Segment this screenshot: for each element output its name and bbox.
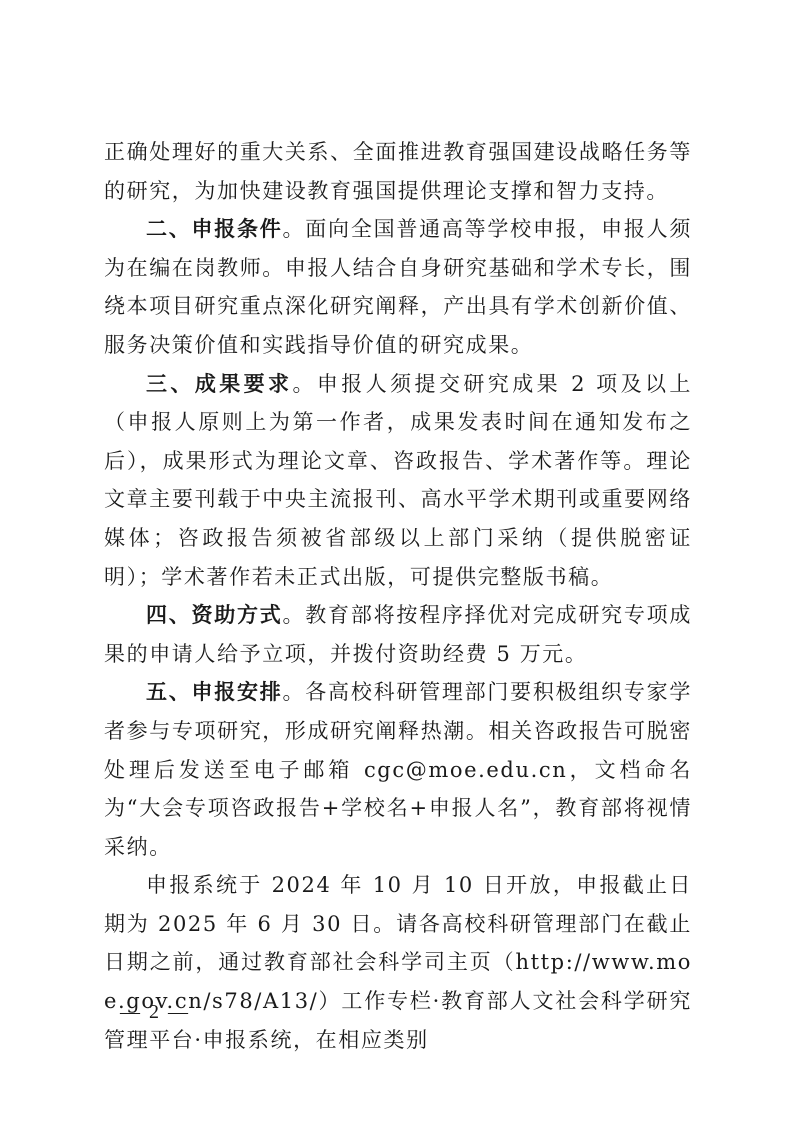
paragraph-text: 正确处理好的重大关系、全面推进教育强国建设战略任务等的研究，为加快建设教育强国提… [104, 140, 692, 203]
paragraph-outcome-requirements: 三、成果要求。申报人须提交研究成果 2 项及以上（申报人原则上为第一作者，成果发… [104, 365, 692, 597]
section-heading-funding-method: 四、资助方式 [146, 603, 283, 627]
section-heading-application-conditions: 二、申报条件 [146, 217, 283, 241]
paragraph-funding-method: 四、资助方式。教育部将按程序择优对完成研究专项成果的申请人给予立项，并拨付资助经… [104, 596, 692, 673]
section-heading-outcome-requirements: 三、成果要求 [146, 372, 292, 396]
paragraph-intro-continuation: 正确处理好的重大关系、全面推进教育强国建设战略任务等的研究，为加快建设教育强国提… [104, 133, 692, 210]
paragraph-text: 申报系统于 2024 年 10 月 10 日开放，申报截止日期为 2025 年 … [104, 873, 692, 1051]
paragraph-text: 。各高校科研管理部门要积极组织专家学者参与专项研究，形成研究阐释热潮。相关咨政报… [104, 680, 692, 858]
paragraph-application-arrangement: 五、申报安排。各高校科研管理部门要积极组织专家学者参与专项研究，形成研究阐释热潮… [104, 673, 692, 866]
paragraph-text: 。申报人须提交研究成果 2 项及以上（申报人原则上为第一作者，成果发表时间在通知… [104, 372, 692, 589]
page-number: — 2 — [120, 1001, 190, 1024]
paragraph-application-system: 申报系统于 2024 年 10 月 10 日开放，申报截止日期为 2025 年 … [104, 866, 692, 1059]
paragraph-application-conditions: 二、申报条件。面向全国普通高等学校申报，申报人须为在编在岗教师。申报人结合自身研… [104, 210, 692, 364]
section-heading-application-arrangement: 五、申报安排 [146, 680, 283, 704]
document-body: 正确处理好的重大关系、全面推进教育强国建设战略任务等的研究，为加快建设教育强国提… [104, 133, 692, 1059]
